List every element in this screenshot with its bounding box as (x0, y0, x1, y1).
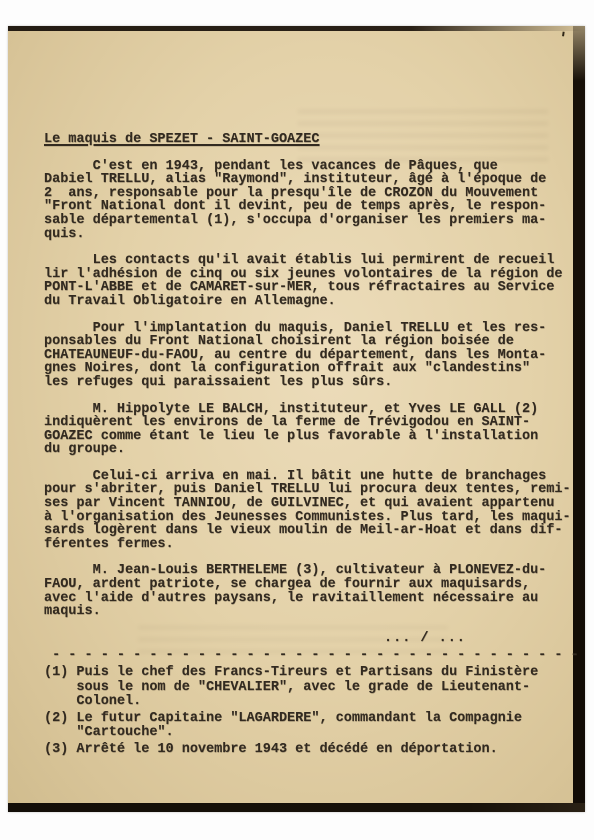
footnote-1-chevalier: (1) Puis le chef des Francs-Tireurs et P… (44, 666, 581, 710)
paragraph-ravitaillement: M. Jean-Louis BERTHELEME (3), cultivateu… (44, 564, 581, 618)
paragraph-ferme-trevigodou: M. Hippolyte LE BALCH, instituteur, et Y… (44, 403, 581, 457)
handwritten-corner-mark: ' (559, 29, 567, 50)
paragraph-contacts-volontaires: Les contacts qu'il avait établis lui per… (44, 254, 581, 308)
paragraph-implantation-maquis: Pour l'implantation du maquis, Daniel TR… (44, 322, 581, 390)
scan-background: ' Le maquis de SPEZET - SAINT-GOAZEC C'e… (0, 0, 594, 840)
page-top-edge-shadow (8, 26, 585, 31)
page-continuation-mark: ... / ... (44, 632, 581, 646)
paragraph-intro-trellu: C'est en 1943, pendant les vacances de P… (44, 160, 581, 242)
footnote-separator-dashes: ¯-¯-¯-¯-¯-¯-¯-¯-¯-¯-¯-¯-¯-¯-¯-¯-¯-¯-¯-¯-… (44, 650, 581, 662)
typewritten-text-block: Le maquis de SPEZET - SAINT-GOAZEC C'est… (44, 133, 581, 759)
page-bottom-edge-shadow (8, 803, 585, 812)
footnote-2-lagardere: (2) Le futur Capitaine "LAGARDERE", comm… (44, 712, 581, 741)
paragraph-installation-groupe: Celui-ci arriva en mai. Il bâtit une hut… (44, 470, 581, 552)
footnote-3-arrestation: (3) Arrêté le 10 novembre 1943 et décédé… (44, 743, 581, 758)
scanned-page: ' Le maquis de SPEZET - SAINT-GOAZEC C'e… (8, 26, 585, 812)
document-title: Le maquis de SPEZET - SAINT-GOAZEC (44, 133, 581, 147)
